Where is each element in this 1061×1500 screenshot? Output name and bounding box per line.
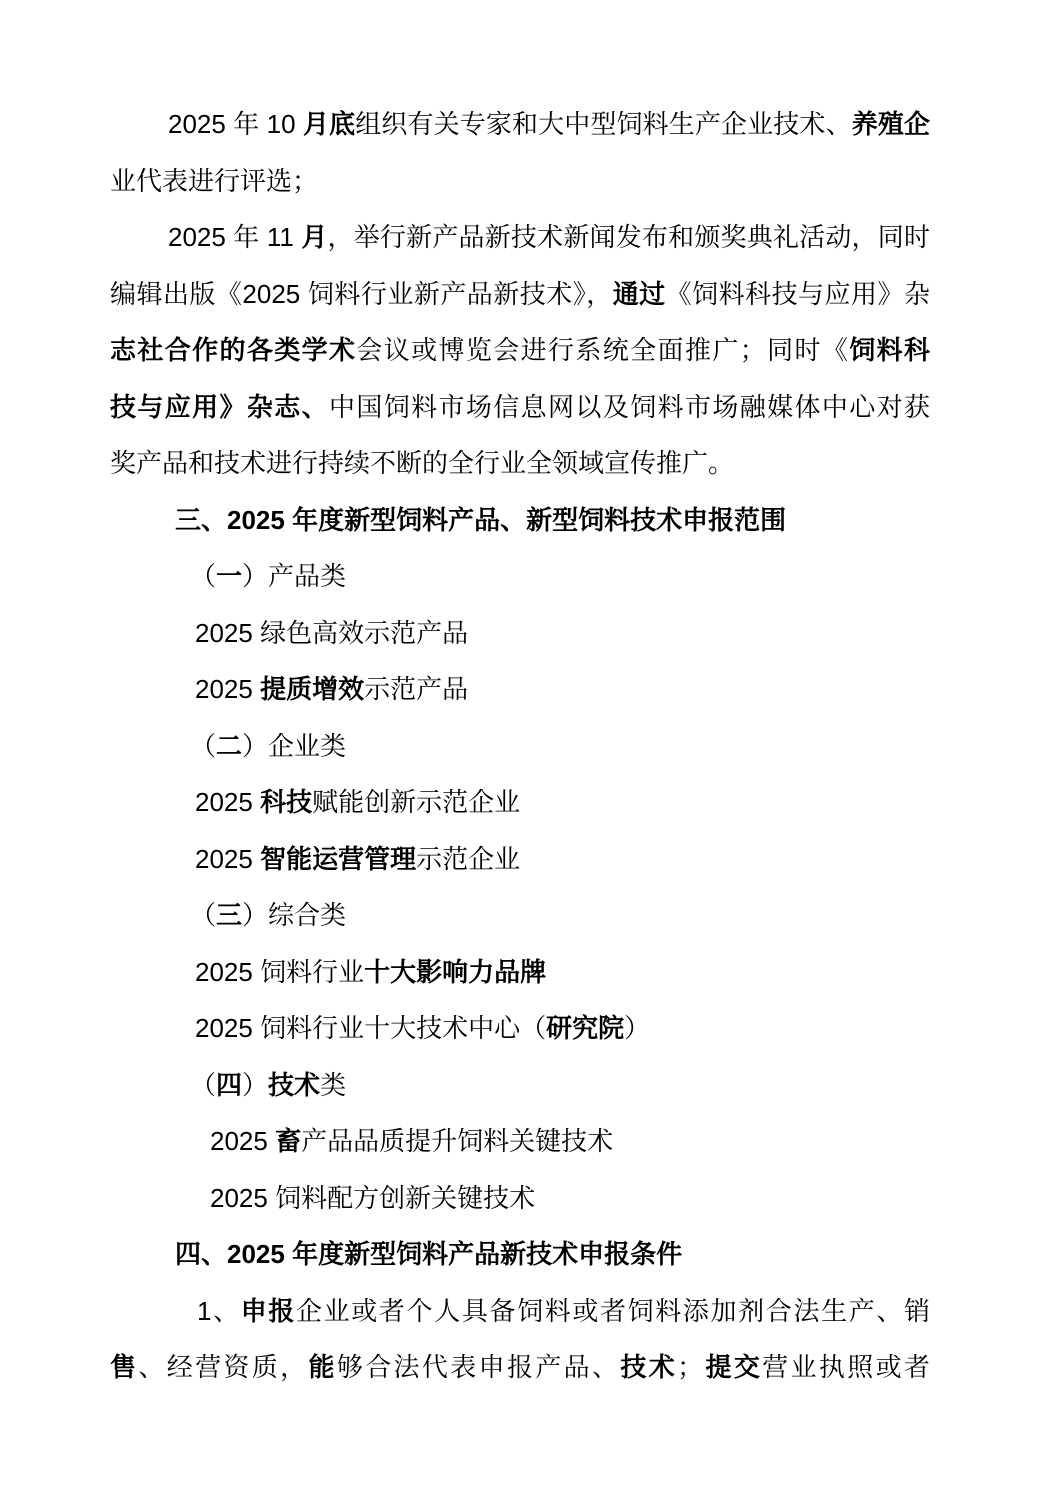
document-page: 2025 年 10 月底组织有关专家和大中型饲料生产企业技术、养殖企业代表进行评… (0, 0, 1061, 1500)
text-run: 会议或博览会进行系统全面推广；同时《 (356, 335, 849, 365)
text-run: 示范产品 (364, 674, 468, 704)
bold-text-run: 申报 (241, 1296, 296, 1326)
subsection-1-products: （一）产品类 (110, 548, 930, 605)
item-top10-influential-brands: 2025 饲料行业十大影响力品牌 (110, 944, 930, 1001)
para-schedule-november-line-5: 奖产品和技术进行持续不断的全行业全领域宣传推广。 (110, 435, 930, 492)
para-schedule-november-line-3: 志社合作的各类学术会议或博览会进行系统全面推广；同时《饲料科 (110, 322, 930, 379)
item-smart-operation-enterprises: 2025 智能运营管理示范企业 (110, 831, 930, 888)
text-run: 2025 (210, 1126, 275, 1156)
text-run: 业代表进行评选； (110, 166, 318, 196)
bold-text-run: 四 (216, 1070, 242, 1100)
text-run: 企业或者个人具备饲料或者饲料添加剂合法生产、销 (296, 1296, 930, 1326)
para-schedule-october-line-2: 业代表进行评选； (110, 153, 930, 210)
text-run: 营业执照或者 (762, 1352, 930, 1382)
section-heading-4: 四、2025 年度新型饲料产品新技术申报条件 (110, 1226, 930, 1283)
text-run: 编辑出版《2025 饲料行业新产品新技术》， (110, 279, 613, 309)
bold-text-run: 智能运营管理 (260, 844, 416, 874)
bold-text-run: 售 (110, 1352, 138, 1382)
bold-text-run: 能 (308, 1352, 336, 1382)
bold-text-run: 技与应用》杂志、 (110, 392, 329, 422)
text-run: ）企业类 (242, 731, 346, 761)
text-run: 产品品质提升饲料关键技术 (301, 1126, 613, 1156)
text-run: 、经营资质， (138, 1352, 308, 1382)
text-run: 2025 年 11 (168, 222, 301, 252)
text-run: 示范企业 (416, 844, 520, 874)
text-run: ，举行新产品新技术新闻发布和颁奖典礼活动，同时 (328, 222, 930, 252)
item-tech-empowered-enterprises: 2025 科技赋能创新示范企业 (110, 774, 930, 831)
text-run: 赋能创新示范企业 (312, 787, 520, 817)
text-run: 够合法代表申报产品、 (337, 1352, 621, 1382)
bold-text-run: 畜 (275, 1126, 301, 1156)
text-run: 1、 (197, 1296, 241, 1326)
text-run: （ (190, 731, 216, 761)
item-green-efficient-products: 2025 绿色高效示范产品 (110, 605, 930, 662)
text-run: 2025 (195, 674, 260, 704)
bold-text-run: 一 (216, 561, 242, 591)
bold-text-run: 月 (301, 222, 327, 252)
text-run: ） (242, 1070, 268, 1100)
para-schedule-november-line-2: 编辑出版《2025 饲料行业新产品新技术》，通过《饲料科技与应用》杂 (110, 266, 930, 323)
text-run: 2025 饲料行业 (195, 957, 364, 987)
text-run: ）产品类 (242, 561, 346, 591)
text-run: 2025 年 10 (168, 109, 303, 139)
text-run: ） (624, 1013, 650, 1043)
text-run: 2025 绿色高效示范产品 (195, 618, 468, 648)
para-schedule-november-line-4: 技与应用》杂志、中国饲料市场信息网以及饲料市场融媒体中心对获 (110, 379, 930, 436)
item-top10-tech-centers: 2025 饲料行业十大技术中心（研究院） (110, 1000, 930, 1057)
text-run: 2025 (195, 844, 260, 874)
text-run: （ (190, 561, 216, 591)
para-schedule-november-line-1: 2025 年 11 月，举行新产品新技术新闻发布和颁奖典礼活动，同时 (110, 209, 930, 266)
text-run: ； (677, 1352, 703, 1382)
text-run: 2025 饲料行业十大技术中心（ (195, 1013, 546, 1043)
bold-text-run: 技术 (268, 1070, 320, 1100)
text-run: 《饲料科技与应用》杂 (666, 279, 930, 309)
bold-text-run: 研究院 (546, 1013, 624, 1043)
bold-text-run: 提质增效 (260, 674, 364, 704)
bold-text-run: 养殖企 (852, 109, 930, 139)
text-run: （ (190, 1070, 216, 1100)
bold-text-run: 二 (216, 731, 242, 761)
bold-text-run: 通过 (613, 279, 666, 309)
item-quality-improvement-products: 2025 提质增效示范产品 (110, 661, 930, 718)
bold-text-run: 十大影响力品牌 (364, 957, 546, 987)
subsection-2-enterprises: （二）企业类 (110, 718, 930, 775)
text-run: 奖产品和技术进行持续不断的全行业全领域宣传推广。 (110, 448, 734, 478)
item-formula-innovation-tech: 2025 饲料配方创新关键技术 (110, 1170, 930, 1227)
bold-text-run: 志社合作的各类学术 (110, 335, 356, 365)
document-text-block: 2025 年 10 月底组织有关专家和大中型饲料生产企业技术、养殖企业代表进行评… (110, 96, 930, 1396)
text-run: ）综合类 (242, 900, 346, 930)
bold-text-run: 月底 (303, 109, 355, 139)
text-run: 2025 (195, 787, 260, 817)
text-run: 类 (320, 1070, 346, 1100)
subsection-3-comprehensive: （三）综合类 (110, 887, 930, 944)
bold-text-run: 饲料科 (849, 335, 930, 365)
para-condition-1-line-2: 售、经营资质，能够合法代表申报产品、技术；提交营业执照或者 (110, 1339, 930, 1396)
bold-text-run: 三、2025 年度新型饲料产品、新型饲料技术申报范围 (175, 505, 786, 535)
text-run: 中国饲料市场信息网以及饲料市场融媒体中心对获 (329, 392, 930, 422)
section-heading-3: 三、2025 年度新型饲料产品、新型饲料技术申报范围 (110, 492, 930, 549)
para-schedule-october-line-1: 2025 年 10 月底组织有关专家和大中型饲料生产企业技术、养殖企 (110, 96, 930, 153)
bold-text-run: 三 (216, 900, 242, 930)
text-run: 2025 饲料配方创新关键技术 (210, 1183, 535, 1213)
bold-text-run: 科技 (260, 787, 312, 817)
text-run: 组织有关专家和大中型饲料生产企业技术、 (355, 109, 851, 139)
subsection-4-technology: （四）技术类 (110, 1057, 930, 1114)
bold-text-run: 提交 (703, 1352, 762, 1382)
bold-text-run: 技术 (620, 1352, 677, 1382)
bold-text-run: 四、2025 年度新型饲料产品新技术申报条件 (175, 1239, 682, 1269)
item-livestock-quality-tech: 2025 畜产品品质提升饲料关键技术 (110, 1113, 930, 1170)
text-run: （ (190, 900, 216, 930)
para-condition-1-line-1: 1、申报企业或者个人具备饲料或者饲料添加剂合法生产、销 (110, 1283, 930, 1340)
